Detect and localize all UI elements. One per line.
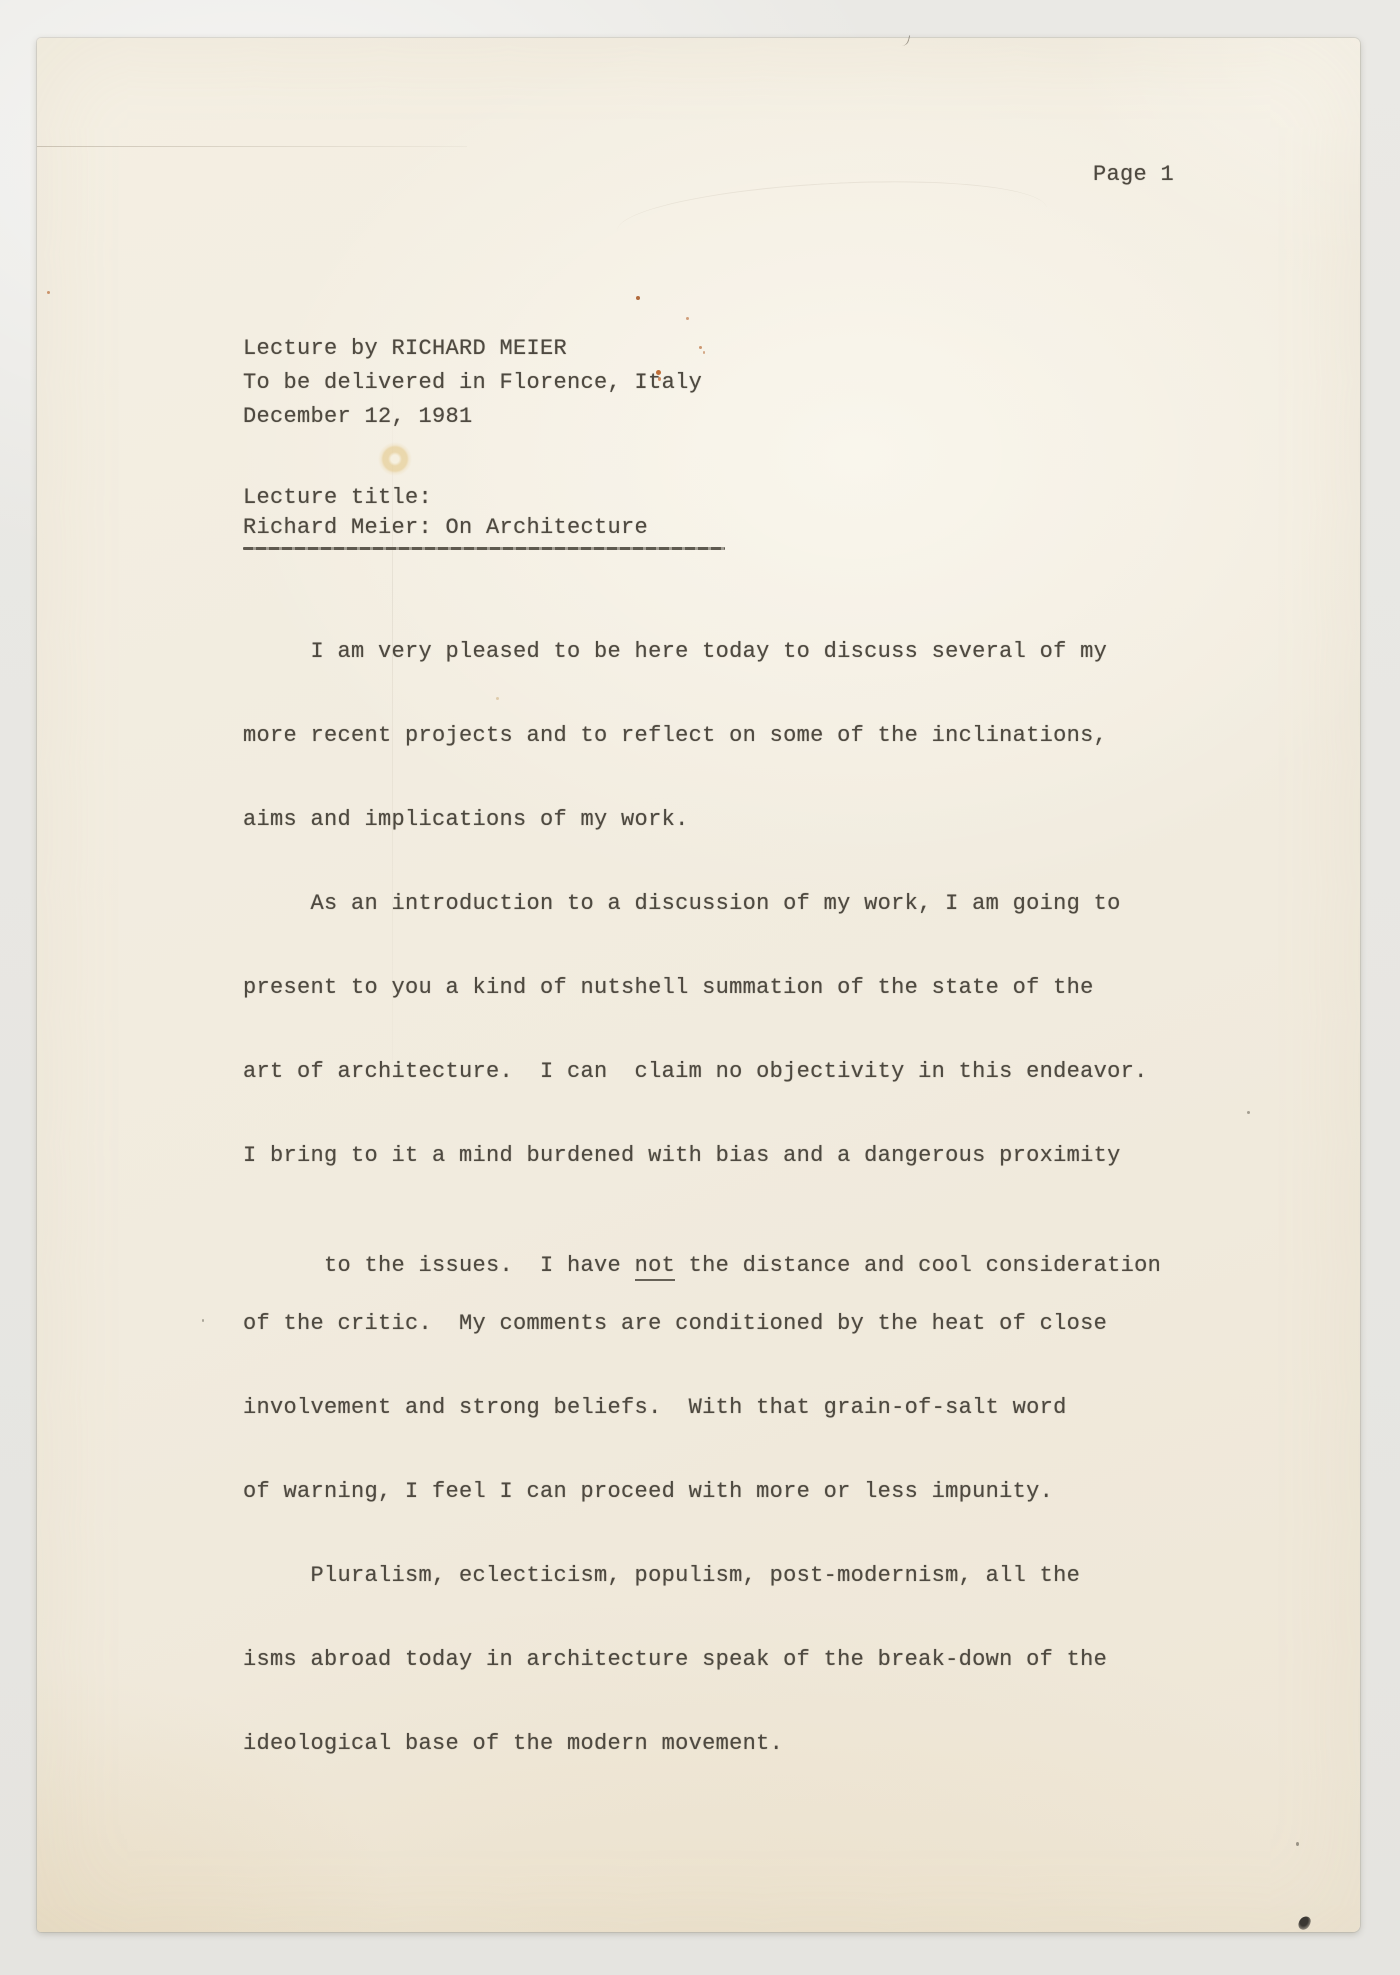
body-line: As an introduction to a discussion of my… xyxy=(243,891,1121,917)
body-line: art of architecture. I can claim no obje… xyxy=(243,1059,1148,1085)
pen-mark xyxy=(898,33,911,47)
paper-wrinkle xyxy=(615,172,1048,267)
page-number: Page 1 xyxy=(1093,162,1174,188)
lecture-title: Richard Meier: On Architecture xyxy=(243,515,648,541)
paper-speck xyxy=(202,1319,204,1322)
body-line-pre: to the issues. I have xyxy=(324,1253,635,1278)
body-text: I am very pleased to be here today to di… xyxy=(243,639,1203,1839)
header-line-date: December 12, 1981 xyxy=(243,404,473,430)
rust-speck xyxy=(636,296,640,300)
document-page: Page 1 Lecture by RICHARD MEIER To be de… xyxy=(37,38,1360,1932)
body-line: of warning, I feel I can proceed with mo… xyxy=(243,1479,1053,1505)
paper-crease-horizontal xyxy=(37,146,467,147)
lecture-title-underline xyxy=(243,547,725,550)
paper-speck xyxy=(1247,1111,1250,1114)
header-line-delivery: To be delivered in Florence, Italy xyxy=(243,370,702,396)
scanned-document-background: { "page": { "page_label": "Page 1" }, "h… xyxy=(0,0,1400,1975)
rust-speck xyxy=(686,317,689,320)
paper-speck xyxy=(1296,1842,1299,1846)
body-line: I bring to it a mind burdened with bias … xyxy=(243,1143,1121,1169)
lecture-title-label: Lecture title: xyxy=(243,485,432,511)
rust-speck xyxy=(703,351,705,354)
body-line: isms abroad today in architecture speak … xyxy=(243,1647,1107,1673)
body-line: I am very pleased to be here today to di… xyxy=(243,639,1107,665)
header-line-lecture-by: Lecture by RICHARD MEIER xyxy=(243,336,567,362)
body-line: involvement and strong beliefs. With tha… xyxy=(243,1395,1067,1421)
underlined-word-not: not xyxy=(635,1253,676,1281)
body-line-post: the distance and cool consideration xyxy=(675,1253,1161,1278)
rust-speck xyxy=(47,291,50,294)
ink-smudge xyxy=(1297,1914,1313,1931)
paper-stain xyxy=(378,441,412,477)
body-line-with-underline: to the issues. I have not the distance a… xyxy=(243,1227,1161,1305)
body-line: present to you a kind of nutshell summat… xyxy=(243,975,1094,1001)
body-line: aims and implications of my work. xyxy=(243,807,689,833)
body-line: ideological base of the modern movement. xyxy=(243,1731,783,1757)
body-line: Pluralism, eclecticism, populism, post-m… xyxy=(243,1563,1080,1589)
body-line: of the critic. My comments are condition… xyxy=(243,1311,1107,1337)
rust-speck xyxy=(699,346,702,349)
body-line: more recent projects and to reflect on s… xyxy=(243,723,1107,749)
